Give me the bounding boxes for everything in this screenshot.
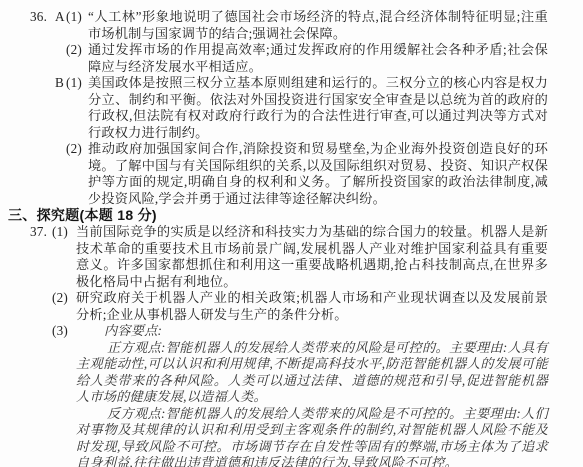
answer-37-1: 37. (1) 当前国际竞争的实质是以经济和科技实力为基础的综合国力的较量。机器… — [0, 224, 548, 290]
answer-36-a2-text: 通过发挥市场的作用提高效率;通过发挥政府的作用缓解社会各种矛盾;社会保障应与经济… — [88, 42, 548, 74]
part-b-letter: B — [55, 75, 64, 92]
key-points-title: 内容要点: — [104, 323, 162, 338]
question-36-number: 36. — [30, 9, 47, 26]
sub-item-1-label: (1) — [52, 224, 68, 241]
sub-item-1-label: (1) — [66, 75, 82, 92]
sub-item-1-label: (1) — [66, 9, 82, 26]
answer-37-2-text: 研究政府关于机器人产业的相关政策;机器人市场和产业现状调查以及发展前景分析;企业… — [76, 290, 548, 322]
sub-item-2-label: (2) — [66, 141, 82, 158]
answer-36-b2-text: 推动政府加强国家间合作,消除投资和贸易壁垒,为企业海外投资创造良好的环境。了解中… — [88, 141, 548, 206]
answer-36-a1: 36. A (1) “人工林”形象地说明了德国社会市场经济的特点,混合经济体制特… — [0, 9, 548, 42]
answer-36-a2: (2) 通过发挥市场的作用提高效率;通过发挥政府的作用缓解社会各种矛盾;社会保障… — [0, 42, 548, 75]
section-3-heading: 三、探究题(本题 18 分) — [8, 207, 548, 224]
sub-item-3-label: (3) — [52, 323, 68, 340]
answer-37-2: (2) 研究政府关于机器人产业的相关政策;机器人市场和产业现状调查以及发展前景分… — [0, 290, 548, 323]
answer-37-1-text: 当前国际竞争的实质是以经济和科技实力为基础的综合国力的较量。机器人是新技术革命的… — [76, 224, 548, 289]
question-37-number: 37. — [30, 224, 47, 241]
answer-36-b1: B (1) 美国政体是按照三权分立基本原则组建和运行的。三权分立的核心内容是权力… — [0, 75, 548, 141]
con-viewpoint-paragraph: 反方观点:智能机器人的发展给人类带来的风险是不可控的。主要理由:人们对事物及其规… — [0, 406, 548, 467]
answer-36-b1-text: 美国政体是按照三权分立基本原则组建和运行的。三权分立的核心内容是权力分立、制约和… — [88, 75, 548, 140]
pro-viewpoint-paragraph: 正方观点:智能机器人的发展给人类带来的风险是可控的。主要理由:人具有主观能动性,… — [0, 340, 548, 406]
answer-36-a1-text: “人工林”形象地说明了德国社会市场经济的特点,混合经济体制特征明显;注重市场机制… — [88, 9, 548, 41]
sub-item-2-label: (2) — [52, 290, 68, 307]
sub-item-2-label: (2) — [66, 42, 82, 59]
answer-37-3: (3) 内容要点: — [0, 323, 548, 340]
scanned-answer-document-page: 36. A (1) “人工林”形象地说明了德国社会市场经济的特点,混合经济体制特… — [0, 0, 583, 467]
answer-36-b2: (2) 推动政府加强国家间合作,消除投资和贸易壁垒,为企业海外投资创造良好的环境… — [0, 141, 548, 207]
part-a-letter: A — [55, 9, 65, 26]
